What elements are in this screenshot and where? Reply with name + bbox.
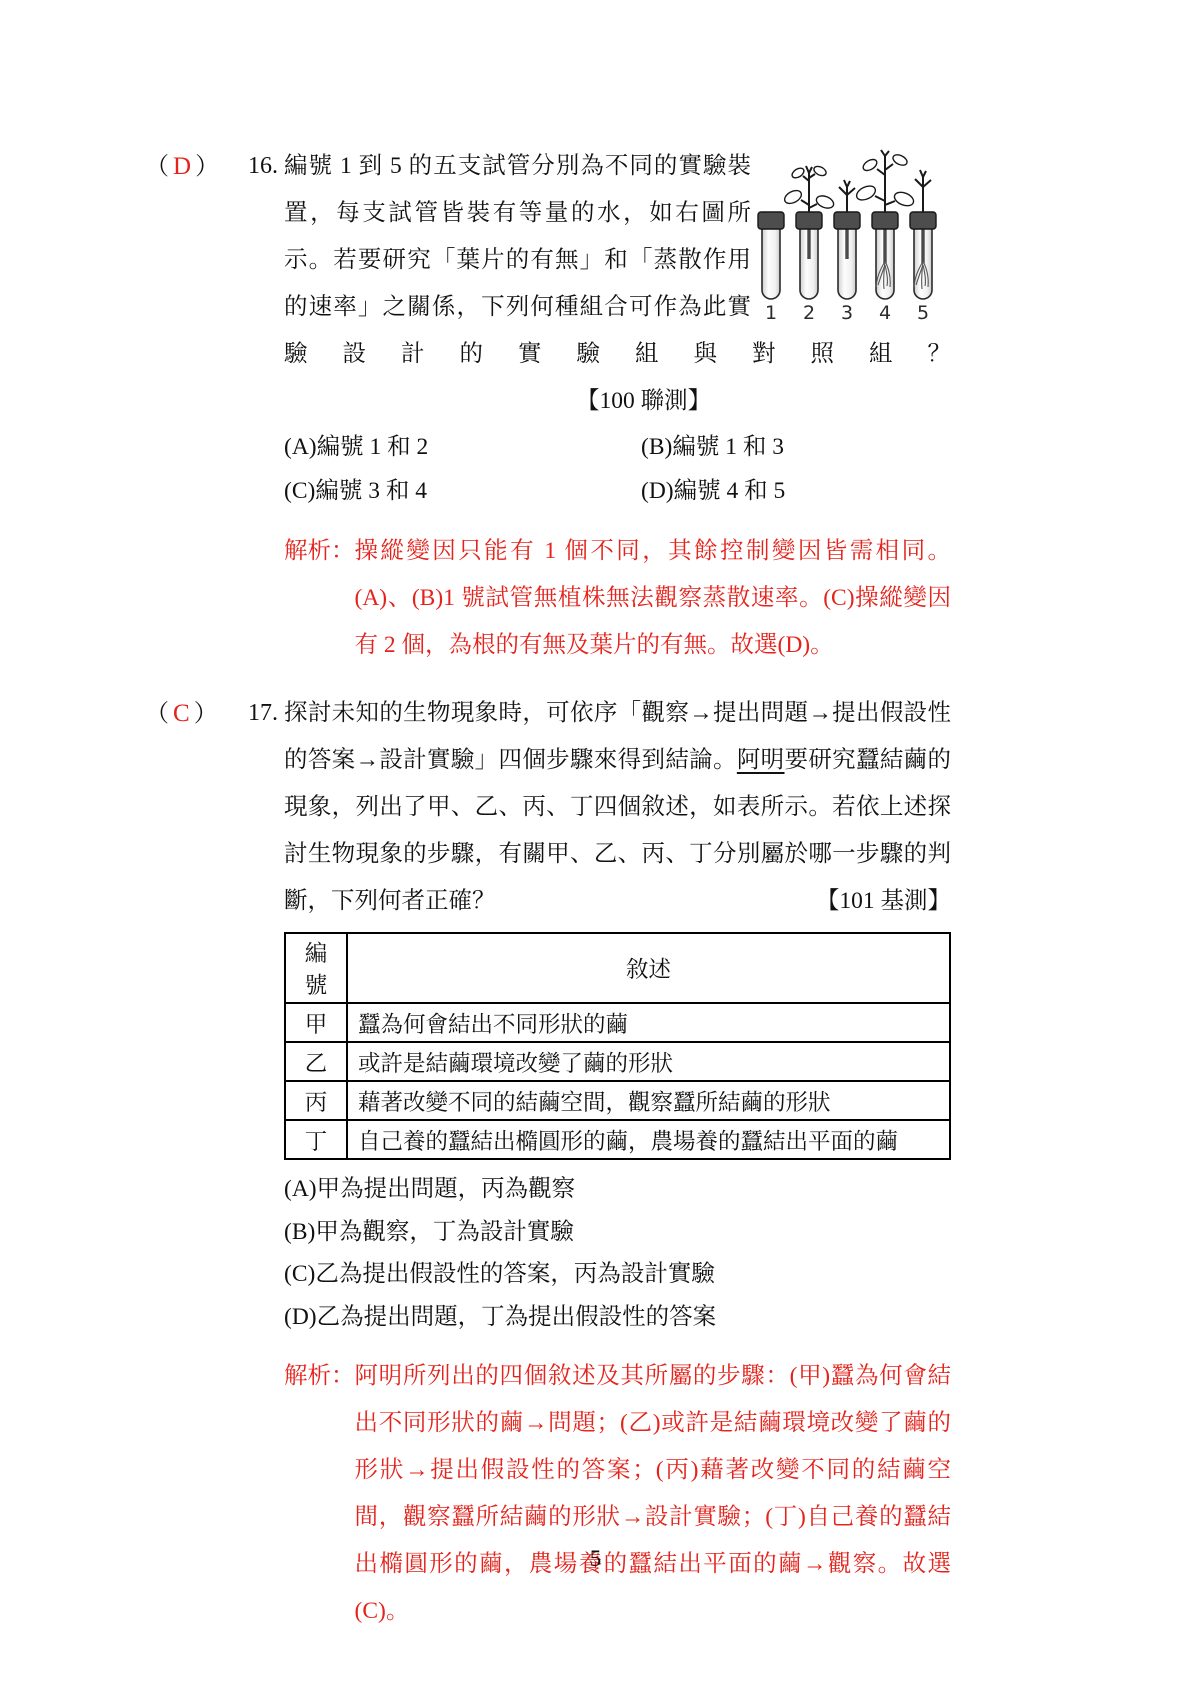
option-label: (C) [284, 478, 315, 504]
q16-exam-source-tag: 【100 聯測】 [576, 378, 711, 425]
analysis-label: 解析： [284, 1353, 355, 1635]
option-text: 乙為提出假設性的答案，丙為設計實驗 [315, 1261, 715, 1287]
q16-analysis-text: 操縱變因只能有 1 個不同，其餘控制變因皆需相同。(A)、(B)1 號試管無植株… [355, 528, 952, 669]
q16-option-b: (B)編號 1 和 3 [641, 425, 951, 469]
tube-1 [758, 212, 784, 299]
tube-label-2: 2 [803, 302, 815, 324]
row-text: 蠶為何會結出不同形狀的繭 [347, 1003, 950, 1042]
option-label: (B) [641, 434, 672, 460]
exam-page: （D） 16. [0, 0, 1191, 1684]
option-text: 編號 4 和 5 [674, 478, 786, 504]
row-id: 丙 [285, 1081, 347, 1120]
option-text: 甲為提出問題，丙為觀察 [317, 1176, 576, 1202]
q17-option-a: (A)甲為提出問題，丙為觀察 [284, 1168, 951, 1211]
q17-student-name: 阿明 [737, 747, 785, 773]
table-header-desc: 敘述 [347, 933, 950, 1003]
tube-5 [910, 170, 936, 299]
option-text: 甲為觀察，丁為設計實驗 [315, 1219, 574, 1245]
question-16: （D） 16. [145, 143, 951, 513]
table-row: 丙 藉著改變不同的結繭空間，觀察蠶所結繭的形狀 [285, 1081, 950, 1120]
q17-analysis: 解析： 阿明所列出的四個敘述及其所屬的步驟：(甲)蠶為何會結出不同形狀的繭→問題… [284, 1353, 951, 1635]
row-text: 藉著改變不同的結繭空間，觀察蠶所結繭的形狀 [347, 1081, 950, 1120]
table-header-row: 編號 敘述 [285, 933, 950, 1003]
row-text: 自己養的蠶結出橢圓形的繭，農場養的蠶結出平面的繭 [347, 1120, 950, 1159]
q16-number: 16. [248, 143, 284, 190]
paren-open: （ [145, 701, 171, 727]
table-row: 丁 自己養的蠶結出橢圓形的繭，農場養的蠶結出平面的繭 [285, 1120, 950, 1159]
option-text: 編號 1 和 3 [672, 434, 784, 460]
option-label: (D) [284, 1304, 317, 1330]
paren-close: ） [195, 154, 221, 180]
q16-answer-letter: D [171, 153, 195, 180]
q17-main: 探討未知的生物現象時，可依序「觀察→提出問題→提出假設性的答案→設計實驗」四個步… [284, 690, 951, 1338]
paren-open: （ [145, 154, 171, 180]
question-17: （C） 17. 探討未知的生物現象時，可依序「觀察→提出問題→提出假設性的答案→… [145, 690, 951, 1338]
paren-close: ） [194, 701, 220, 727]
test-tubes-illustration: 1 2 3 4 5 [755, 143, 951, 325]
q16-answer-marker: （D） [145, 143, 248, 191]
analysis-label: 解析： [284, 528, 355, 669]
q17-option-c: (C)乙為提出假設性的答案，丙為設計實驗 [284, 1253, 951, 1296]
q16-option-c: (C)編號 3 和 4 [284, 469, 641, 513]
table-header-id: 編號 [285, 933, 347, 1003]
q16-option-d: (D)編號 4 和 5 [641, 469, 951, 513]
q17-statement-table: 編號 敘述 甲 蠶為何會結出不同形狀的繭 乙 或許是結繭環境改變了繭的形狀 [284, 932, 951, 1160]
tube-label-4: 4 [879, 302, 891, 324]
row-text: 或許是結繭環境改變了繭的形狀 [347, 1042, 950, 1081]
tube-4 [854, 150, 915, 299]
q16-analysis: 解析： 操縱變因只能有 1 個不同，其餘控制變因皆需相同。(A)、(B)1 號試… [284, 528, 951, 669]
test-tubes-figure: 1 2 3 4 5 [755, 143, 951, 325]
q17-body: 探討未知的生物現象時，可依序「觀察→提出問題→提出假設性的答案→設計實驗」四個步… [284, 690, 951, 925]
option-label: (D) [641, 478, 674, 504]
option-text: 編號 3 和 4 [315, 478, 427, 504]
option-label: (A) [284, 1176, 317, 1202]
table-row: 甲 蠶為何會結出不同形狀的繭 [285, 1003, 950, 1042]
q16-option-a: (A)編號 1 和 2 [284, 425, 641, 469]
q17-option-d: (D)乙為提出問題，丁為提出假設性的答案 [284, 1296, 951, 1339]
row-id: 丁 [285, 1120, 347, 1159]
q16-options: (A)編號 1 和 2 (B)編號 1 和 3 (C)編號 3 和 4 (D)編… [284, 425, 951, 513]
q17-analysis-text: 阿明所列出的四個敘述及其所屬的步驟：(甲)蠶為何會結出不同形狀的繭→問題；(乙)… [355, 1353, 952, 1635]
q17-answer-letter: C [171, 700, 194, 727]
tube-2 [782, 165, 835, 299]
row-id: 乙 [285, 1042, 347, 1081]
option-label: (B) [284, 1219, 315, 1245]
q16-main: 1 2 3 4 5 編號 1 到 5 的五支試管分別為不同的實驗裝置，每支試管皆… [284, 143, 951, 513]
page-content: （D） 16. [145, 143, 951, 1635]
q17-options: (A)甲為提出問題，丙為觀察 (B)甲為觀察，丁為設計實驗 (C)乙為提出假設性… [284, 1168, 951, 1338]
q17-option-b: (B)甲為觀察，丁為設計實驗 [284, 1211, 951, 1254]
q17-exam-source-tag: 【101 基測】 [816, 878, 951, 925]
option-label: (A) [284, 434, 317, 460]
row-id: 甲 [285, 1003, 347, 1042]
tube-3 [834, 180, 860, 299]
page-number: 5 [0, 1546, 1191, 1572]
option-label: (C) [284, 1261, 315, 1287]
q17-number: 17. [248, 690, 284, 737]
tube-label-1: 1 [765, 302, 777, 324]
option-text: 乙為提出問題，丁為提出假設性的答案 [317, 1304, 717, 1330]
tube-label-5: 5 [917, 302, 929, 324]
q17-answer-marker: （C） [145, 690, 248, 738]
tube-label-3: 3 [841, 302, 853, 324]
table-row: 乙 或許是結繭環境改變了繭的形狀 [285, 1042, 950, 1081]
option-text: 編號 1 和 2 [317, 434, 429, 460]
